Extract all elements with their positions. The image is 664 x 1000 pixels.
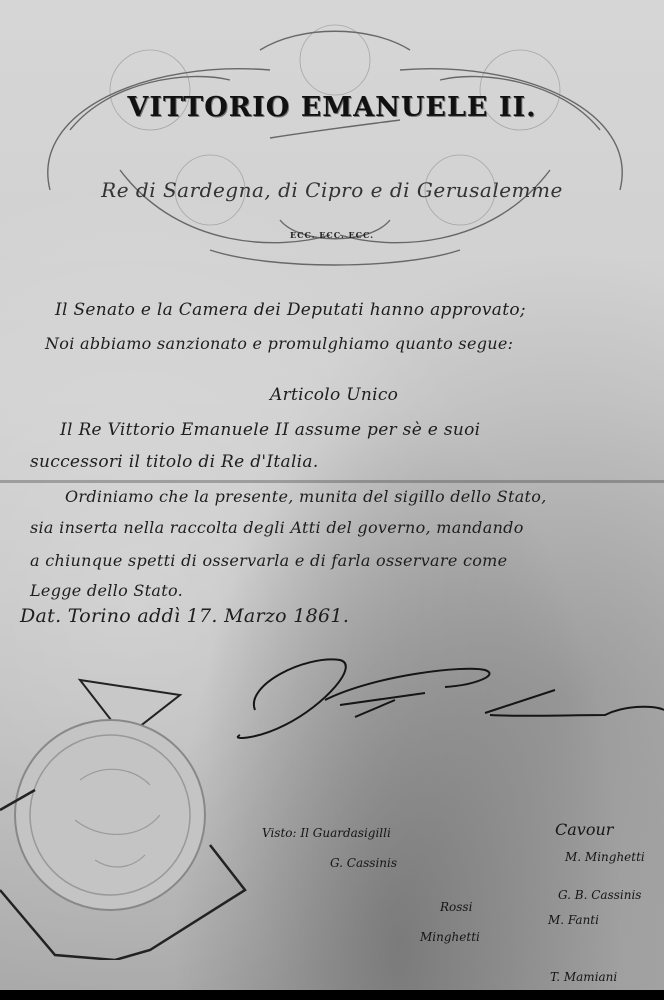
article-line-1: Il Re Vittorio Emanuele II assume per sè… [60, 420, 480, 440]
order-line-4: Legge dello Stato. [30, 581, 183, 600]
countersignature-fanti: M. Fanti [548, 913, 599, 927]
royal-titles: Re di Sardegna, di Cipro e di Gerusalemm… [0, 178, 664, 202]
order-line-1: Ordiniamo che la presente, munita del si… [65, 487, 547, 506]
order-line-3: a chiunque spetti di osservarla e di far… [30, 551, 507, 570]
countersignature-guardasigilli: Visto: Il Guardasigilli [262, 826, 391, 840]
royal-signature [225, 645, 664, 745]
order-line-2: sia inserta nella raccolta degli Atti de… [30, 518, 524, 537]
etc-line: ECC. ECC. ECC. [0, 230, 664, 240]
countersignature-cassinis-left: G. Cassinis [330, 856, 397, 870]
paper-fold-line [0, 480, 664, 483]
countersignature-minghetti: M. Minghetti [565, 850, 645, 864]
state-seal [0, 670, 250, 960]
document-title: VITTORIO EMANUELE II. [0, 92, 664, 123]
countersignature-rossi: Rossi [440, 900, 472, 914]
preamble-line-1: Il Senato e la Camera dei Deputati hanno… [55, 300, 526, 320]
decree-document: VITTORIO EMANUELE II. Re di Sardegna, di… [0, 0, 664, 995]
countersignature-cavour: Cavour [555, 820, 613, 839]
article-line-2: successori il titolo di Re d'Italia. [30, 452, 319, 472]
countersignature-minghetti-left: Minghetti [420, 930, 480, 944]
scan-border [0, 990, 664, 995]
preamble-line-2: Noi abbiamo sanzionato e promulghiamo qu… [45, 334, 513, 353]
countersignature-mamiani: T. Mamiani [550, 970, 617, 984]
dateline: Dat. Torino addì 17. Marzo 1861. [20, 605, 349, 627]
countersignature-cassinis: G. B. Cassinis [558, 888, 641, 902]
article-heading: Articolo Unico [270, 385, 398, 405]
